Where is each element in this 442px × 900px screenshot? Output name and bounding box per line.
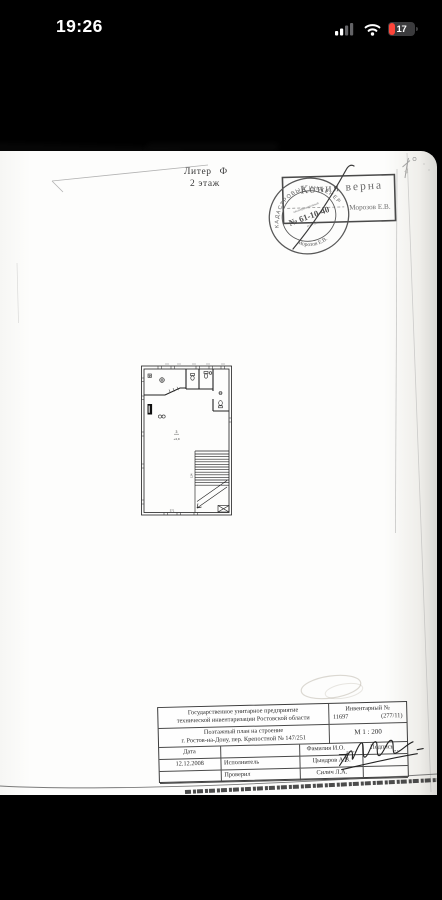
step-ticks [165, 364, 225, 393]
photo-bottom-background [0, 795, 442, 900]
title-block-table: Государственное унитарное предприятие те… [157, 701, 409, 783]
dim-stairs-label: 124 [190, 473, 194, 478]
seal-small-top-text: квалификационный [293, 201, 320, 214]
phone-screenshot: { "status_bar": { "time": "19:26", "batt… [0, 0, 442, 900]
table-cell-inventory: Инвентарный № 11697 (277/11) [329, 702, 407, 725]
battery-low-icon: 17 [388, 22, 418, 36]
svg-text:КАДАСТРОВЫЙ ИНЖЕНЕР: КАДАСТРОВЫЙ ИНЖЕНЕР [264, 174, 343, 230]
corner-mark-text: 4 [404, 166, 410, 176]
interior-walls [144, 369, 229, 411]
svg-text:Морозов Е.В.: Морозов Е.В. [295, 230, 330, 254]
outer-walls [142, 366, 232, 515]
staircase [195, 451, 229, 513]
page-edge-marks: 4 [0, 151, 437, 797]
cell-role: Проверил [221, 769, 301, 783]
floor-label: 2 этаж [190, 179, 220, 189]
wifi-icon [364, 23, 381, 36]
scan-shadow-top [148, 143, 278, 151]
copy-stamp: Копия верна Морозов Е.В. КАДАСТРОВЫЙ ИНЖ… [258, 157, 403, 269]
floor-plan: 3 +4,9 571 124 [136, 358, 238, 520]
cellular-signal-icon [335, 22, 357, 36]
pencil-corner-mark [403, 157, 430, 178]
inventory-number: 11697 [333, 713, 349, 722]
round-seal: КАДАСТРОВЫЙ ИНЖЕНЕР Морозов Е.В. квалифи… [259, 167, 360, 265]
elevation-label: +4,9 [173, 437, 179, 441]
liter-label: Литер Ф [184, 167, 228, 177]
seal-top-text: КАДАСТРОВЫЙ ИНЖЕНЕР [264, 174, 343, 230]
battery-percent: 17 [388, 22, 415, 36]
stamp-name-text: Морозов Е.В. [349, 203, 391, 212]
status-bar: 19:26 17 [0, 0, 442, 54]
window-ticks [142, 366, 232, 515]
seal-name-text: Морозов Е.В. [295, 230, 330, 254]
handwritten-signature [337, 727, 428, 781]
duct-shaft [148, 404, 153, 415]
battery-cap [416, 27, 418, 32]
seal-number-text: № 61-10-40 [287, 204, 330, 228]
inventory-case-number: (277/11) [381, 712, 403, 721]
seal-small-bottom-text: аттестат [306, 220, 318, 228]
scanned-floorplan-page: Литер Ф 2 этаж 4 Копия верна Морозов Е.В… [0, 151, 437, 797]
room-number-label: 3 [176, 430, 178, 434]
pencil-scribble [300, 672, 364, 702]
clock: 19:26 [56, 16, 103, 37]
cell-date [160, 771, 222, 784]
stamp-rect-border [282, 175, 395, 224]
plan-labels: 3 +4,9 571 124 [170, 430, 194, 512]
stamp-copy-text: Копия верна [300, 179, 383, 196]
fixtures [148, 372, 222, 419]
dim-bottom-label: 571 [170, 508, 175, 512]
stamp-signature-stroke [293, 165, 354, 249]
